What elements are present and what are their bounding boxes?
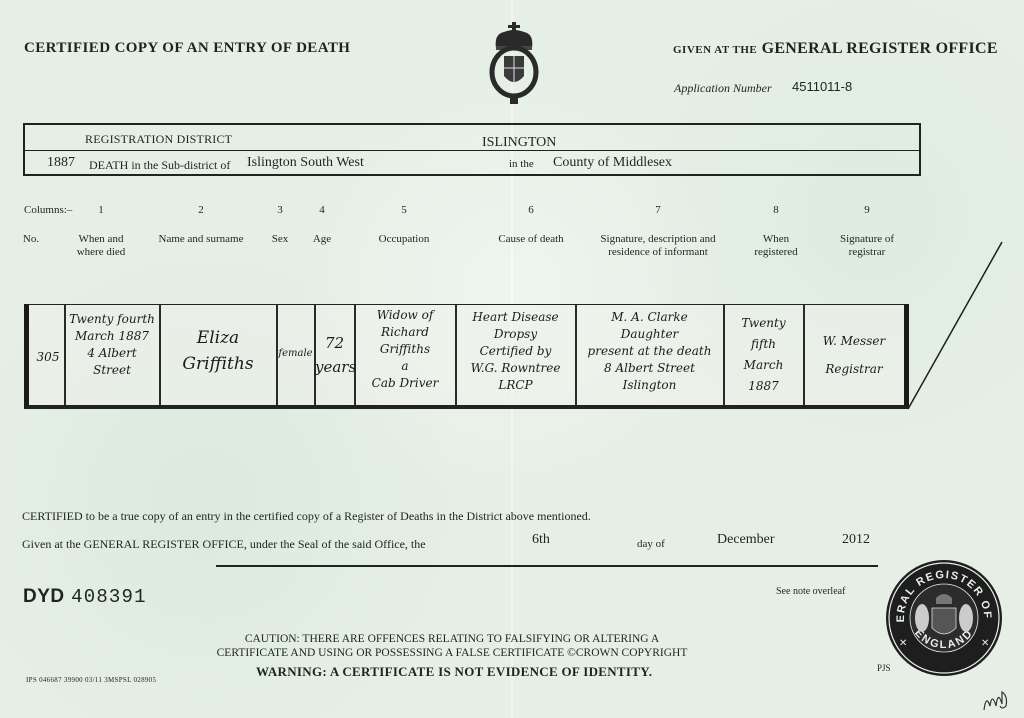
registration-district-value: ISLINGTON [482,135,556,151]
column-header: When andwhere died [77,233,126,259]
column-header: Sex [272,233,289,246]
issue-year: 2012 [842,532,870,548]
handwritten-line: W. Messer [804,327,904,355]
subdistrict-value: Islington South West [247,155,364,171]
svg-text:✕: ✕ [981,638,989,649]
handwritten-line: LRCP [456,377,575,394]
column-header: No. [23,233,39,246]
occupation: Widow ofRichardGriffithsaCab Driver [355,307,455,392]
office-title-main: GENERAL REGISTER OFFICE [762,40,998,57]
handwritten-line: a [355,358,455,375]
column-number: 1 [98,204,104,216]
serial-number: DYD 408391 [23,586,147,608]
caution-notice: CAUTION: THERE ARE OFFENCES RELATING TO … [208,632,696,660]
serial-prefix: DYD [23,586,65,607]
column-number: 7 [655,204,661,216]
death-entry-row: 305 Twenty fourthMarch 18874 AlbertStree… [24,304,909,409]
columns-label: Columns:– [24,204,72,216]
handwritten-line: Twenty fourth [65,311,159,328]
given-statement: Given at the GENERAL REGISTER OFFICE, un… [22,537,426,552]
column-header: Age [313,233,331,246]
signature-rule [216,565,878,567]
application-number-label: Application Number [674,81,772,96]
age: 72years [315,331,354,379]
column-header: Cause of death [498,233,563,246]
informant: M. A. ClarkeDaughterpresent at the death… [576,309,723,394]
column-header: Signature, description andresidence of i… [600,233,715,259]
handwritten-line: March 1887 [65,328,159,345]
handwritten-line: Twenty [724,313,803,334]
handwritten-line: Eliza [160,325,276,351]
serial-digits: 408391 [71,586,147,608]
application-number: 4511011-8 [792,79,852,94]
entry-number: 305 [33,349,63,366]
handwritten-line: 1887 [724,376,803,397]
when-where-died: Twenty fourthMarch 18874 AlbertStreet [65,311,159,379]
handwritten-line: Dropsy [456,326,575,343]
registration-district-label: REGISTRATION DISTRICT [85,132,232,147]
handwritten-line: Daughter [576,326,723,343]
handwritten-line: Registrar [804,355,904,383]
name-surname: ElizaGriffiths [160,325,276,377]
see-note-overleaf: See note overleaf [776,586,845,597]
column-header: Signature ofregistrar [840,233,894,259]
registrar-signature: W. MesserRegistrar [804,327,904,383]
print-code: IPS 046687 39900 03/11 3MSPSL 028905 [26,676,156,684]
column-number: 8 [773,204,779,216]
subdistrict-label: DEATH in the Sub-district of [89,158,230,173]
handwritten-line: Widow of [355,307,455,324]
handwritten-line: M. A. Clarke [576,309,723,326]
column-number: 6 [528,204,534,216]
warning-notice: WARNING: A CERTIFICATE IS NOT EVIDENCE O… [256,664,652,680]
handwritten-line: W.G. Rowntree [456,360,575,377]
handwritten-line: 72 [315,331,354,355]
office-title-prefix: GIVEN AT THE [673,44,757,56]
svg-text:✕: ✕ [899,638,907,649]
registration-year: 1887 [47,155,75,171]
column-header: Whenregistered [754,233,797,259]
handwritten-line: Street [65,362,159,379]
handwritten-line: years [315,355,354,379]
certified-statement: CERTIFIED to be a true copy of an entry … [22,509,591,524]
column-number: 9 [864,204,870,216]
handwritten-line: 4 Albert [65,345,159,362]
column-number: 2 [198,204,204,216]
sex: female [277,345,314,362]
cause-of-death: Heart DiseaseDropsyCertified byW.G. Rown… [456,309,575,394]
royal-crest-icon [484,20,544,106]
county-value: County of Middlesex [553,155,672,171]
handwritten-line: Cab Driver [355,375,455,392]
day-of-label: day of [637,538,665,550]
column-number: 5 [401,204,407,216]
handwritten-line: Griffiths [160,351,276,377]
column-header: Occupation [379,233,430,246]
issue-month: December [717,532,775,548]
handwritten-line: Heart Disease [456,309,575,326]
issue-day: 6th [532,532,550,548]
district-divider [25,150,919,151]
gro-seal-icon: GENERAL REGISTER OFFICE ENGLAND ✕ ✕ [884,558,1004,678]
handwritten-initials [980,686,1016,714]
handwritten-line: Griffiths [355,341,455,358]
when-registered: TwentyfifthMarch1887 [724,313,803,397]
handwritten-line: Islington [576,377,723,394]
column-number: 4 [319,204,325,216]
handwritten-line: Richard [355,324,455,341]
handwritten-line: Certified by [456,343,575,360]
handwritten-line: March [724,355,803,376]
handwritten-line: fifth [724,334,803,355]
handwritten-line: present at the death [576,343,723,360]
in-the-label: in the [509,158,534,170]
office-title: GIVEN AT THE GENERAL REGISTER OFFICE [673,40,998,58]
handwritten-line: 8 Albert Street [576,360,723,377]
certificate-title: CERTIFIED COPY OF AN ENTRY OF DEATH [24,40,350,57]
column-header: Name and surname [159,233,244,246]
column-number: 3 [277,204,283,216]
